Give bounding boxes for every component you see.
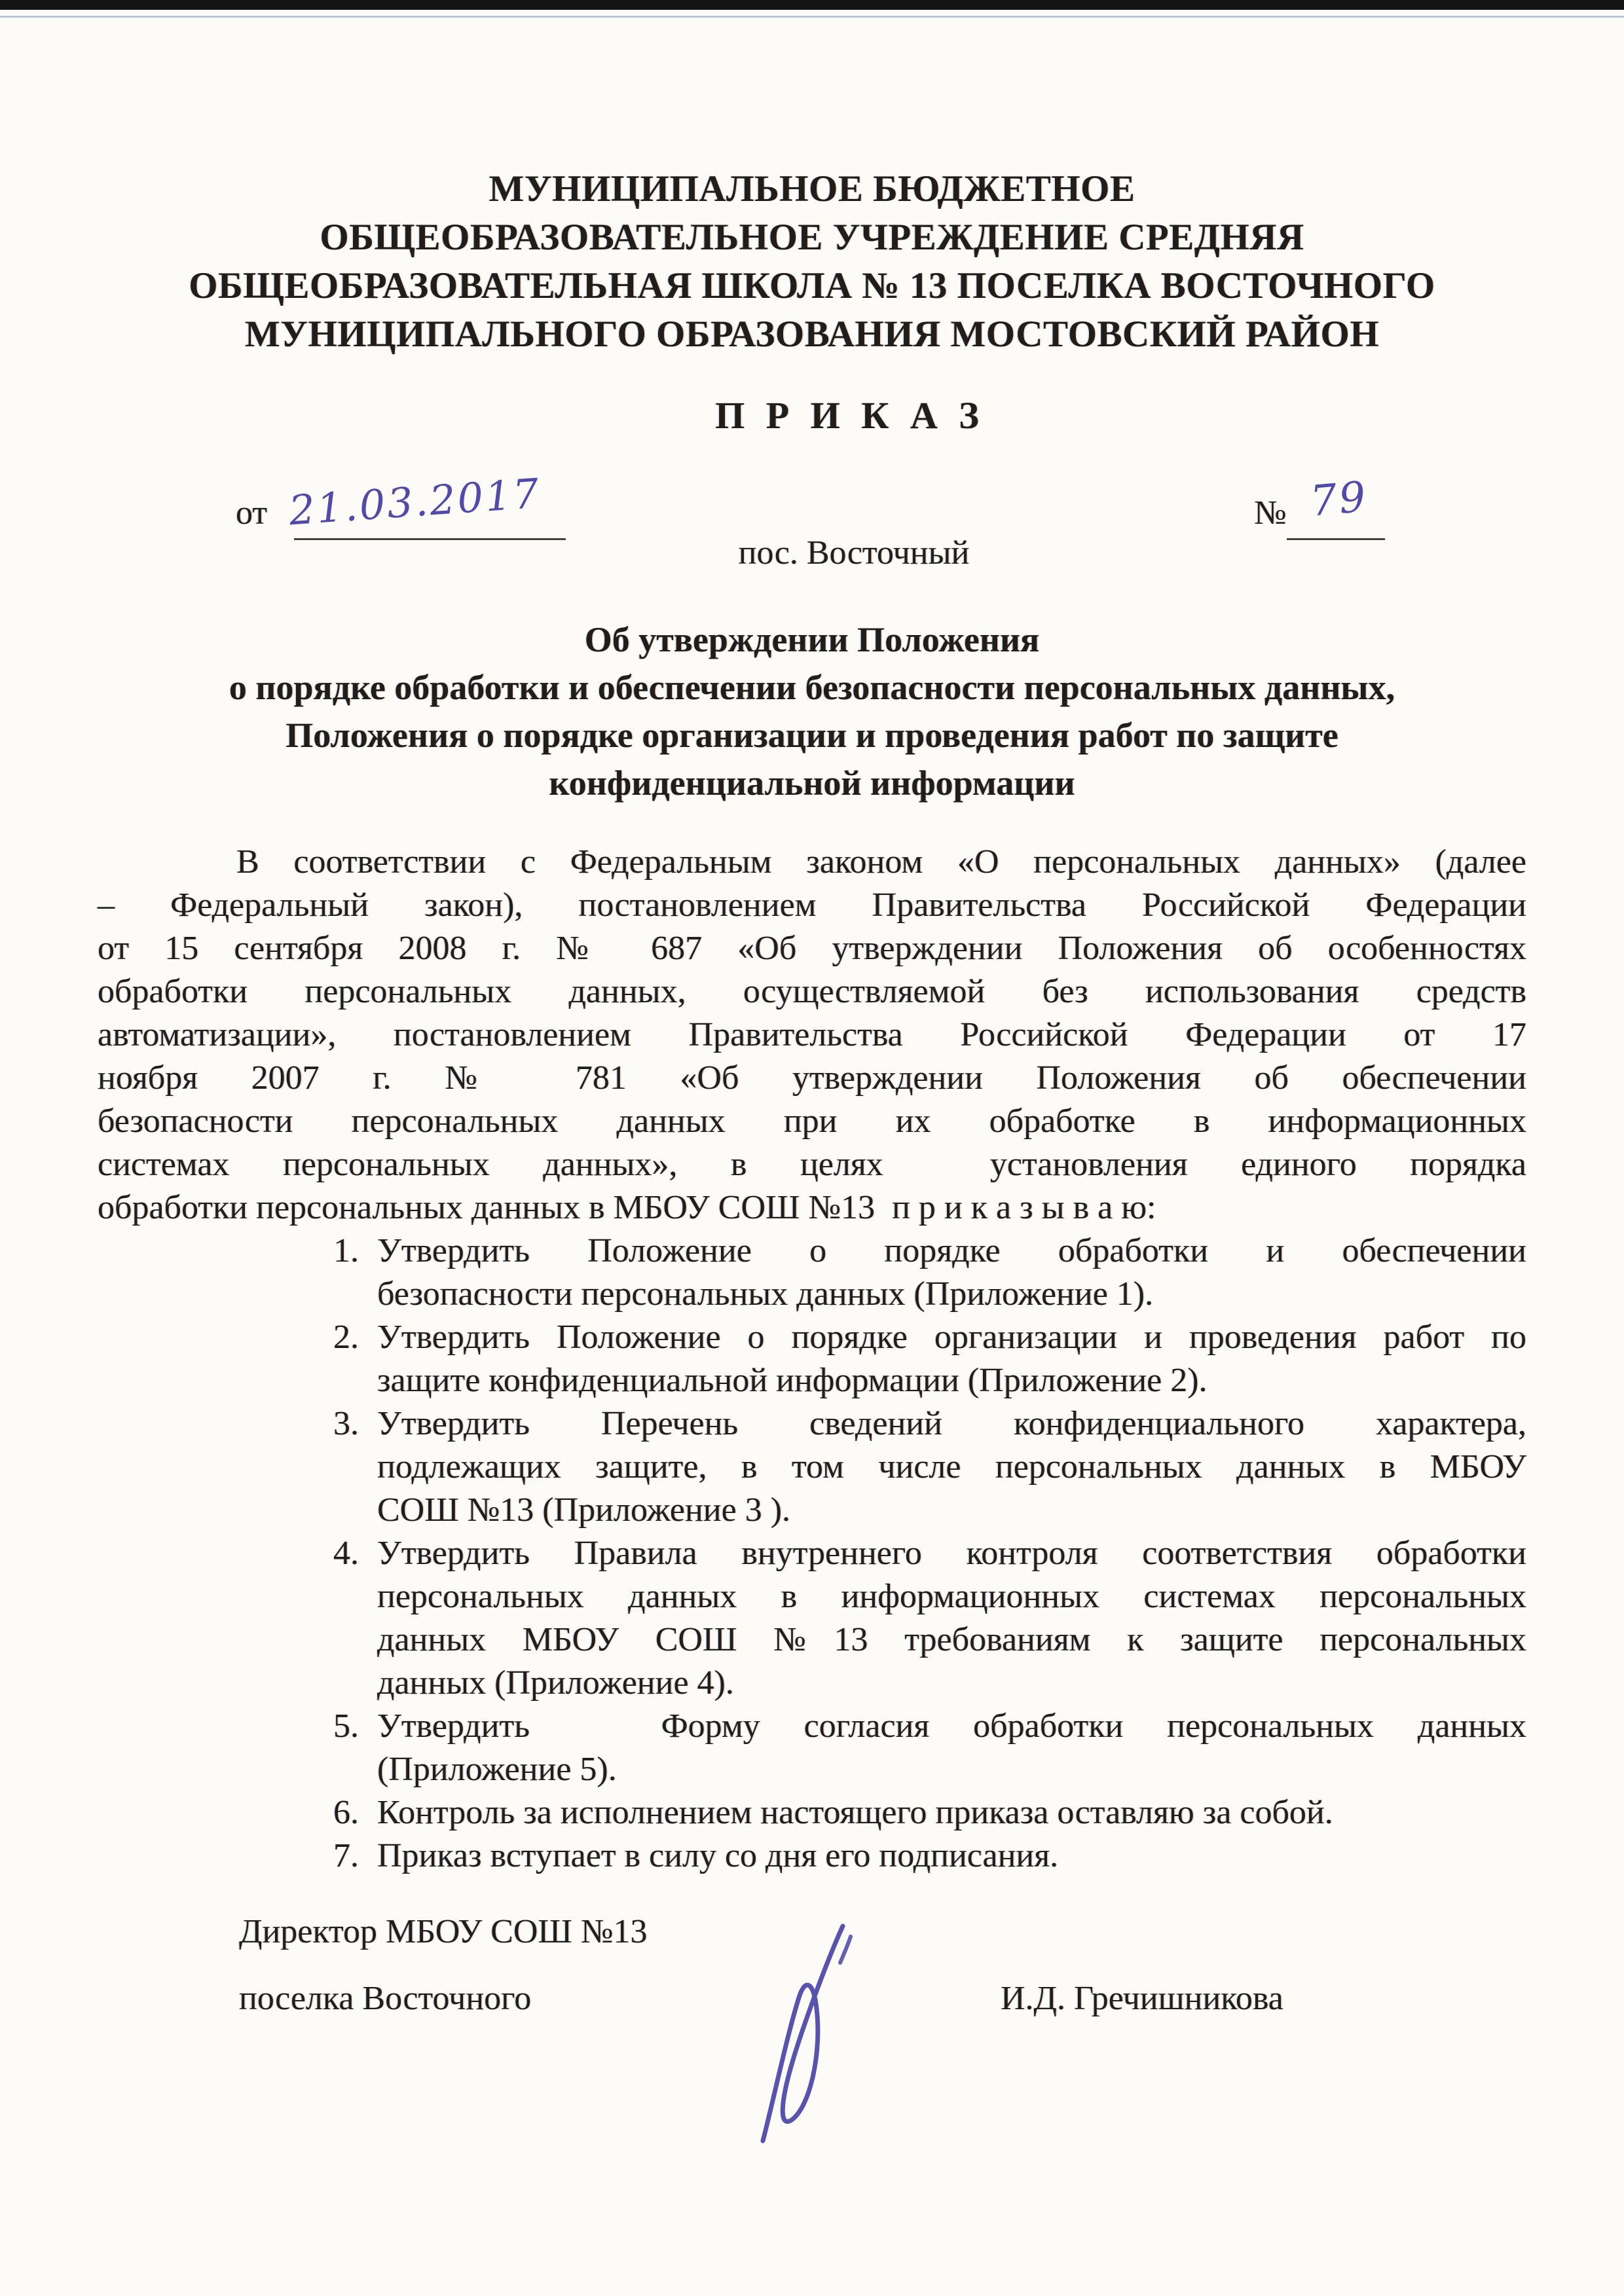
scanned-order-document: МУНИЦИПАЛЬНОЕ БЮДЖЕТНОЕ ОБЩЕОБРАЗОВАТЕЛЬ…: [0, 0, 1624, 2296]
item-text: Утвердить Перечень сведений конфиденциал…: [377, 1402, 1526, 1532]
order-item: 7. Приказ вступает в силу со дня его под…: [333, 1834, 1526, 1878]
item-line: СОШ №13 (Приложение 3 ).: [377, 1489, 1526, 1532]
subject-line: конфиденциальной информации: [98, 759, 1526, 807]
order-item: 6. Контроль за исполнением настоящего пр…: [333, 1791, 1526, 1834]
order-item: 4. Утвердить Правила внутреннего контрол…: [333, 1532, 1526, 1705]
item-line: Утвердить Положение о порядке обработки …: [377, 1230, 1526, 1273]
item-text: Утвердить Положение о порядке организаци…: [377, 1316, 1526, 1402]
body-line: автоматизации», постановлением Правитель…: [98, 1013, 1526, 1057]
number-label: №: [1254, 494, 1287, 532]
item-line: подлежащих защите, в том числе персональ…: [377, 1446, 1526, 1489]
signer-name: И.Д. Гречишникова: [1001, 1977, 1283, 2020]
item-line: безопасности персональных данных (Прилож…: [377, 1273, 1526, 1316]
item-text: Утвердить Правила внутреннего контроля с…: [377, 1532, 1526, 1705]
org-name-line: МУНИЦИПАЛЬНОЕ БЮДЖЕТНОЕ: [98, 165, 1526, 213]
body-line: обработки персональных данных в МБОУ СОШ…: [98, 1186, 1526, 1230]
signature-block: Директор МБОУ СОШ №13 поселка Восточного…: [98, 1910, 1526, 2212]
item-text: Утвердить Форму согласия обработки персо…: [377, 1705, 1526, 1791]
date-number-row: от 21.03.2017 № 79: [98, 483, 1526, 522]
item-text: Приказ вступает в силу со дня его подпис…: [377, 1834, 1526, 1878]
subject-line: Положения о порядке организации и провед…: [98, 712, 1526, 759]
body-line: от 15 сентября 2008 г. № 687 «Об утвержд…: [98, 927, 1526, 970]
org-name-line: ОБЩЕОБРАЗОВАТЕЛЬНОЕ УЧРЕЖДЕНИЕ СРЕДНЯЯ: [98, 213, 1526, 262]
item-text: Контроль за исполнением настоящего прика…: [377, 1791, 1526, 1834]
number-handwritten: 79: [1308, 473, 1370, 526]
place-line: пос. Восточный: [139, 532, 1568, 575]
subject-line: Об утверждении Положения: [98, 616, 1526, 664]
order-item: 2. Утвердить Положение о порядке организ…: [333, 1316, 1526, 1402]
item-number: 7.: [333, 1834, 377, 1878]
org-name-line: МУНИЦИПАЛЬНОГО ОБРАЗОВАНИЯ МОСТОВСКИЙ РА…: [98, 310, 1526, 359]
item-line: Приказ вступает в силу со дня его подпис…: [377, 1834, 1526, 1878]
order-list: 1. Утвердить Положение о порядке обработ…: [333, 1230, 1526, 1878]
body-line: – Федеральный закон), постановлением Пра…: [98, 884, 1526, 927]
body-line: В соответствии с Федеральным законом «О …: [98, 841, 1526, 884]
order-item: 5. Утвердить Форму согласия обработки пе…: [333, 1705, 1526, 1791]
item-line: (Приложение 5).: [377, 1748, 1526, 1791]
subject-heading: Об утверждении Положения о порядке обраб…: [98, 616, 1526, 807]
item-line: Контроль за исполнением настоящего прика…: [377, 1791, 1526, 1834]
order-item: 3. Утвердить Перечень сведений конфиденц…: [333, 1402, 1526, 1532]
item-line: Утвердить Перечень сведений конфиденциал…: [377, 1402, 1526, 1446]
document-content: МУНИЦИПАЛЬНОЕ БЮДЖЕТНОЕ ОБЩЕОБРАЗОВАТЕЛЬ…: [98, 165, 1526, 2212]
doc-type-title: П Р И К А З: [136, 390, 1564, 441]
date-handwritten: 21.03.2017: [287, 469, 542, 535]
item-number: 3.: [333, 1402, 377, 1532]
body-line: ноября 2007 г. № 781 «Об утверждении Пол…: [98, 1057, 1526, 1100]
item-line: персональных данных в информационных сис…: [377, 1575, 1526, 1618]
org-name-block: МУНИЦИПАЛЬНОЕ БЮДЖЕТНОЕ ОБЩЕОБРАЗОВАТЕЛЬ…: [98, 165, 1526, 359]
item-line: данных (Приложение 4).: [377, 1662, 1526, 1705]
item-line: данных МБОУ СОШ №13 требованиям к защите…: [377, 1618, 1526, 1662]
item-number: 4.: [333, 1532, 377, 1705]
item-number: 2.: [333, 1316, 377, 1402]
body-line: безопасности персональных данных при их …: [98, 1100, 1526, 1143]
signature-icon: [739, 1922, 896, 2145]
body-line: обработки персональных данных, осуществл…: [98, 970, 1526, 1013]
body-paragraph: В соответствии с Федеральным законом «О …: [98, 841, 1526, 1230]
order-item: 1. Утвердить Положение о порядке обработ…: [333, 1230, 1526, 1316]
item-line: Утвердить Положение о порядке организаци…: [377, 1316, 1526, 1359]
body-line: системах персональных данных», в целях у…: [98, 1143, 1526, 1186]
item-number: 1.: [333, 1230, 377, 1316]
item-line: Утвердить Форму согласия обработки персо…: [377, 1705, 1526, 1748]
org-name-line: ОБЩЕОБРАЗОВАТЕЛЬНАЯ ШКОЛА № 13 ПОСЕЛКА В…: [98, 262, 1526, 310]
item-line: защите конфиденциальной информации (Прил…: [377, 1359, 1526, 1402]
scan-edge-top: [0, 0, 1624, 10]
item-number: 5.: [333, 1705, 377, 1791]
scan-edge-line: [0, 16, 1624, 18]
date-label: от: [236, 494, 267, 532]
item-text: Утвердить Положение о порядке обработки …: [377, 1230, 1526, 1316]
subject-line: о порядке обработки и обеспечении безопа…: [98, 664, 1526, 712]
item-line: Утвердить Правила внутреннего контроля с…: [377, 1532, 1526, 1575]
item-number: 6.: [333, 1791, 377, 1834]
